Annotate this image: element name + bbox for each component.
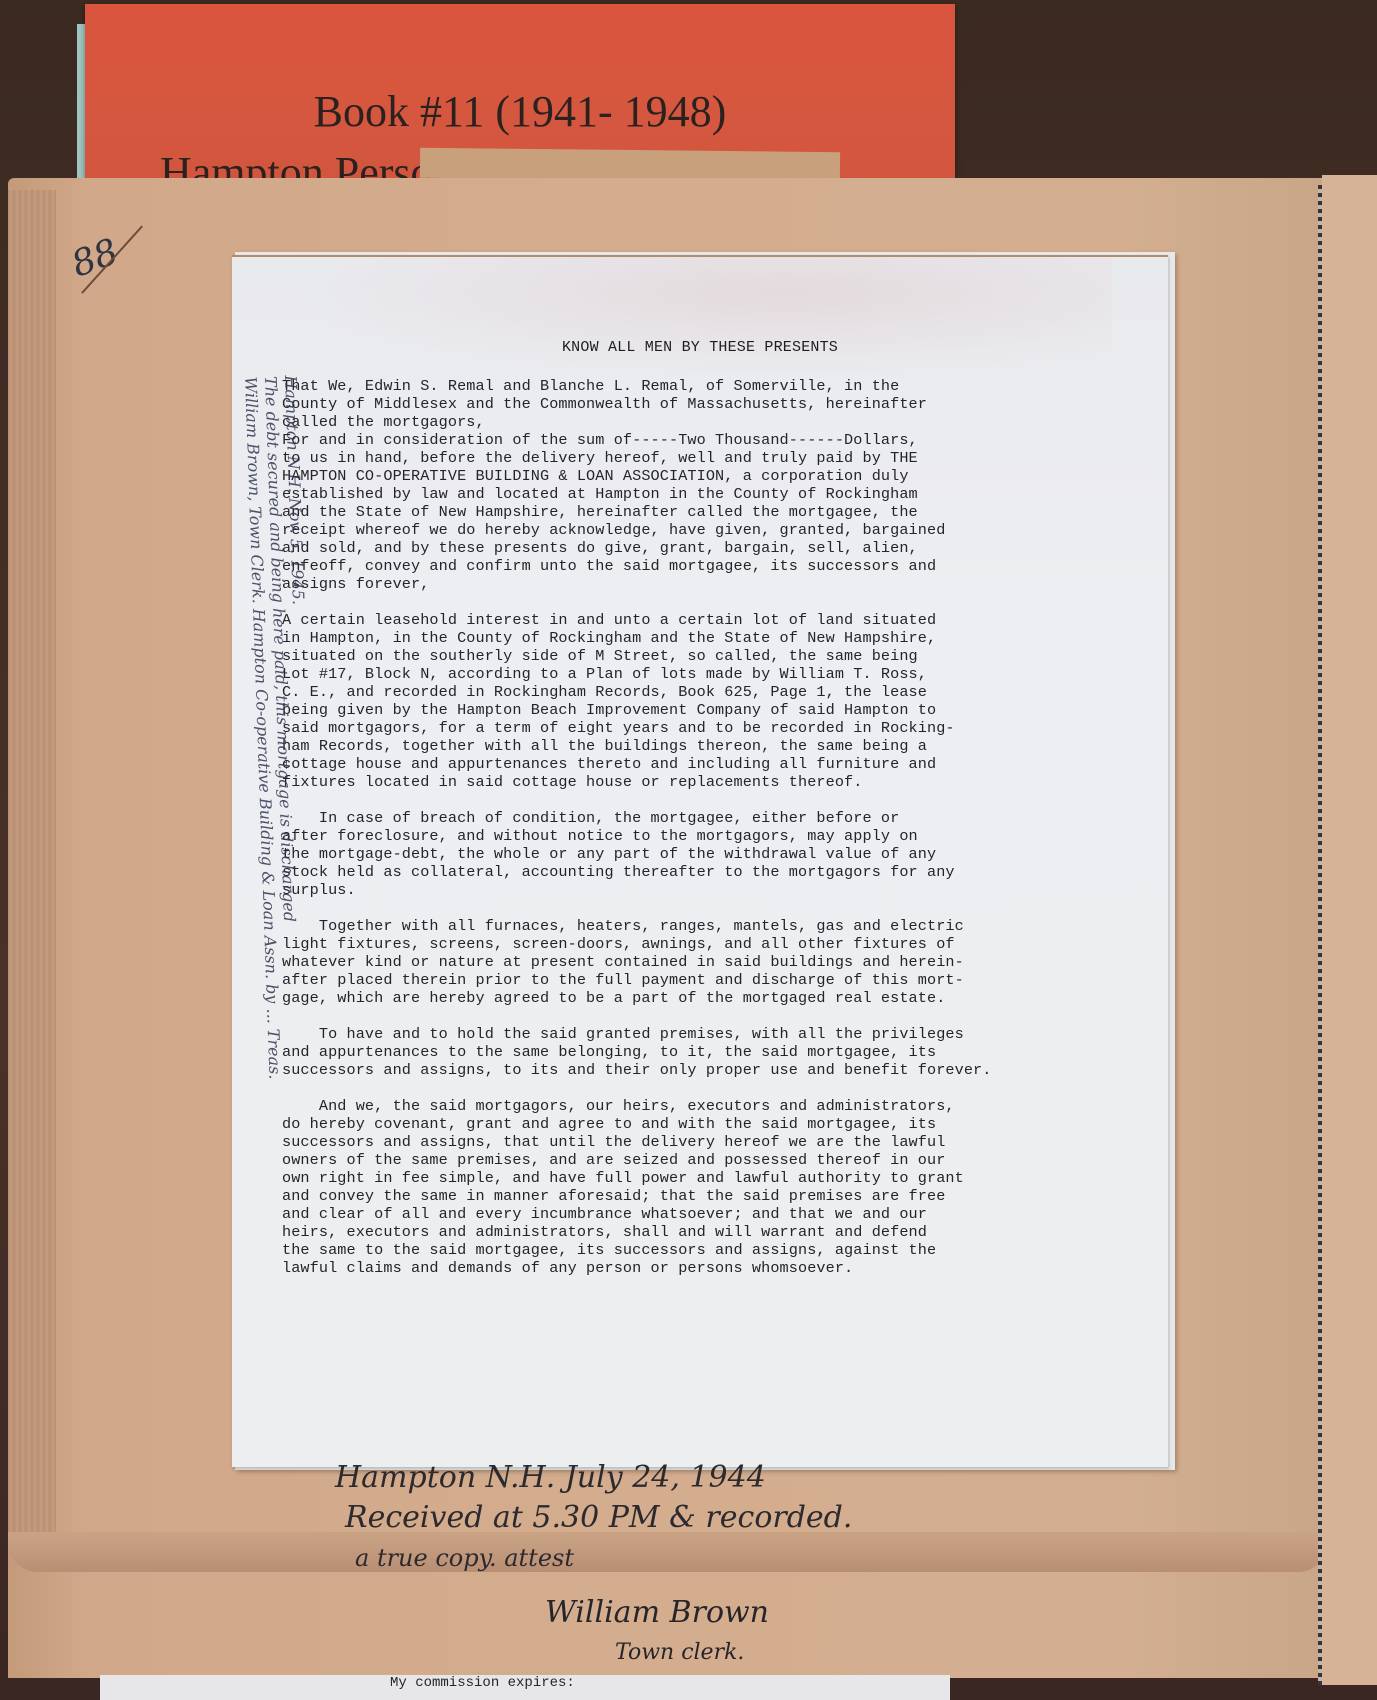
document-line: said mortgagors, for a term of eight yea… <box>282 719 1162 737</box>
document-body: That We, Edwin S. Remal and Blanche L. R… <box>282 377 1162 1295</box>
sheet-stain <box>292 257 1112 377</box>
document-line: In case of breach of condition, the mort… <box>282 809 1162 827</box>
document-line: to us in hand, before the delivery hereo… <box>282 449 1162 467</box>
signature-title: Town clerk. <box>615 1640 744 1665</box>
document-line: and clear of all and every incumbrance w… <box>282 1205 1162 1223</box>
document-line: And we, the said mortgagors, our heirs, … <box>282 1097 1162 1115</box>
document-paragraph: That We, Edwin S. Remal and Blanche L. R… <box>282 377 1162 593</box>
town-clerk-signature: William Brown <box>545 1595 769 1630</box>
document-line: That We, Edwin S. Remal and Blanche L. R… <box>282 377 1162 395</box>
document-line: To have and to hold the said granted pre… <box>282 1025 1162 1043</box>
document-line: do hereby covenant, grant and agree to a… <box>282 1115 1162 1133</box>
document-paragraph: Together with all furnaces, heaters, ran… <box>282 917 1162 1007</box>
recording-note-line: Received at 5.30 PM & recorded. <box>335 1498 852 1538</box>
document-paragraph: To have and to hold the said granted pre… <box>282 1025 1162 1079</box>
document-line: cottage house and appurtenances thereto … <box>282 755 1162 773</box>
document-paragraph: A certain leasehold interest in and unto… <box>282 611 1162 791</box>
document-line: Lot #17, Block N, according to a Plan of… <box>282 665 1162 683</box>
document-paragraph: In case of breach of condition, the mort… <box>282 809 1162 899</box>
document-line: County of Middlesex and the Commonwealth… <box>282 395 1162 413</box>
document-line: and appurtenances to the same belonging,… <box>282 1043 1162 1061</box>
right-page <box>1322 175 1377 1685</box>
document-line: stock held as collateral, accounting the… <box>282 863 1162 881</box>
document-line: after foreclosure, and without notice to… <box>282 827 1162 845</box>
document-line: For and in consideration of the sum of--… <box>282 431 1162 449</box>
document-line: situated on the southerly side of M Stre… <box>282 647 1162 665</box>
document-line: ham Records, together with all the build… <box>282 737 1162 755</box>
document-line: assigns forever, <box>282 575 1162 593</box>
document-line: light fixtures, screens, screen-doors, a… <box>282 935 1162 953</box>
document-line: HAMPTON CO-OPERATIVE BUILDING & LOAN ASS… <box>282 467 1162 485</box>
document-line: own right in fee simple, and have full p… <box>282 1169 1162 1187</box>
document-line: Together with all furnaces, heaters, ran… <box>282 917 1162 935</box>
document-line: after placed therein prior to the full p… <box>282 971 1162 989</box>
cover-title: Book #11 (1941- 1948) <box>85 86 955 137</box>
document-line: established by law and located at Hampto… <box>282 485 1162 503</box>
document-line: surplus. <box>282 881 1162 899</box>
document-line: whatever kind or nature at present conta… <box>282 953 1162 971</box>
mortgage-document: KNOW ALL MEN BY THESE PRESENTS That We, … <box>232 255 1168 1467</box>
document-line: lawful claims and demands of any person … <box>282 1259 1162 1277</box>
document-line: successors and assigns, that until the d… <box>282 1133 1162 1151</box>
document-line: being given by the Hampton Beach Improve… <box>282 701 1162 719</box>
document-line: in Hampton, in the County of Rockingham … <box>282 629 1162 647</box>
document-paragraph: And we, the said mortgagors, our heirs, … <box>282 1097 1162 1277</box>
document-line: successors and assigns, to its and their… <box>282 1061 1162 1079</box>
document-line: and sold, and by these presents do give,… <box>282 539 1162 557</box>
document-line: the same to the said mortgagee, its succ… <box>282 1241 1162 1259</box>
recording-note-line: Hampton N.H. July 24, 1944 <box>335 1458 852 1498</box>
commission-expiry-text: My commission expires: <box>390 1675 575 1691</box>
document-line: enfeoff, convey and confirm unto the sai… <box>282 557 1162 575</box>
document-line: gage, which are hereby agreed to be a pa… <box>282 989 1162 1007</box>
document-line: A certain leasehold interest in and unto… <box>282 611 1162 629</box>
recording-note: Hampton N.H. July 24, 1944 Received at 5… <box>335 1458 852 1578</box>
page-edges <box>8 190 56 1540</box>
document-line: and the State of New Hampshire, hereinaf… <box>282 503 1162 521</box>
document-line: fixtures located in said cottage house o… <box>282 773 1162 791</box>
document-line: receipt whereof we do hereby acknowledge… <box>282 521 1162 539</box>
document-line: called the mortgagors, <box>282 413 1162 431</box>
document-line: heirs, executors and administrators, sha… <box>282 1223 1162 1241</box>
document-line: C. E., and recorded in Rockingham Record… <box>282 683 1162 701</box>
document-line: and convey the same in manner aforesaid;… <box>282 1187 1162 1205</box>
recording-note-line: a true copy. attest <box>335 1538 852 1578</box>
document-line: the mortgage-debt, the whole or any part… <box>282 845 1162 863</box>
document-line: owners of the same premises, and are sei… <box>282 1151 1162 1169</box>
document-heading: KNOW ALL MEN BY THESE PRESENTS <box>232 339 1168 356</box>
